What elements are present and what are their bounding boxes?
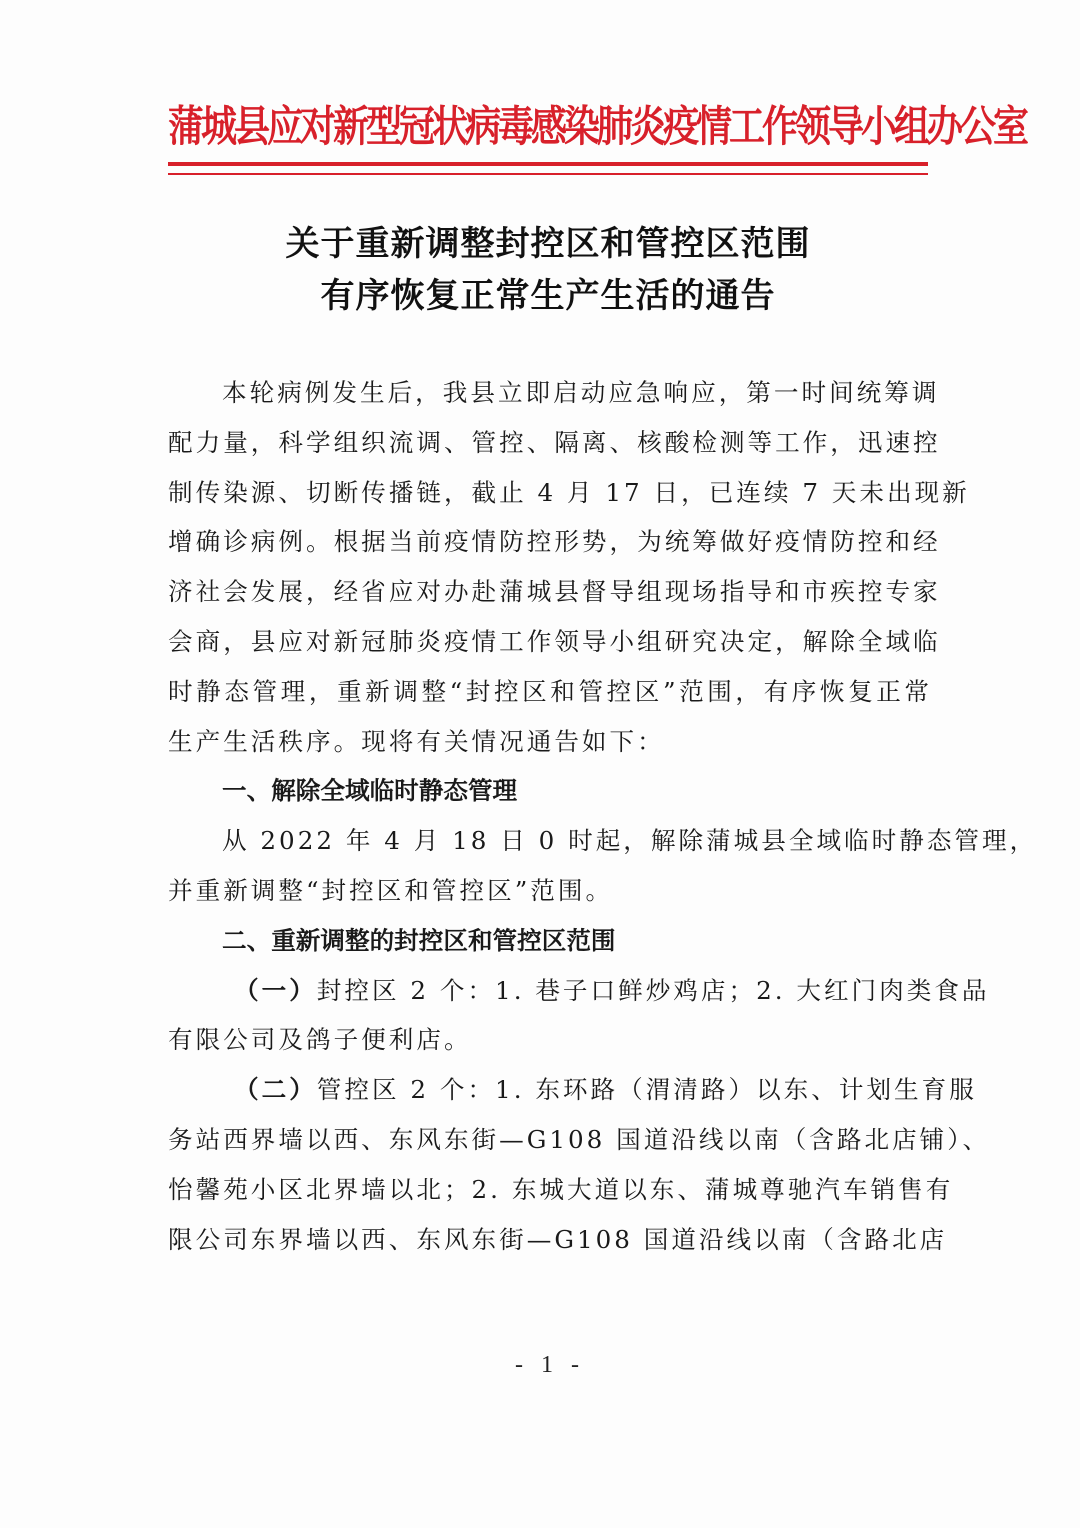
sealed-zone-label: （一） [234, 976, 317, 1005]
section-2-heading: 二、重新调整的封控区和管控区范围 [168, 916, 932, 966]
intro-line: 会商，县应对新冠肺炎疫情工作领导小组研究决定，解除全域临 [168, 617, 932, 667]
document-title-line-1: 关于重新调整封控区和管控区范围 [168, 216, 928, 265]
sealed-zone-line: （一）封控区 2 个：1. 巷子口鲜炒鸡店；2. 大红门肉类食品 [168, 966, 932, 1016]
controlled-zone-line: 怡馨苑小区北界墙以北；2. 东城大道以东、蒲城尊驰汽车销售有 [168, 1165, 932, 1215]
intro-line: 增确诊病例。根据当前疫情防控形势，为统筹做好疫情防控和经 [168, 517, 932, 567]
controlled-zone-text: 管控区 2 个：1. 东环路（渭清路）以东、计划生育服 [317, 1075, 977, 1104]
intro-line: 本轮病例发生后，我县立即启动应急响应，第一时间统筹调 [168, 368, 932, 418]
intro-line: 生产生活秩序。现将有关情况通告如下： [168, 717, 932, 767]
sealed-zone-text: 封控区 2 个：1. 巷子口鲜炒鸡店；2. 大红门肉类食品 [317, 976, 990, 1005]
page-number: - 1 - [440, 1352, 660, 1379]
document-body: 本轮病例发生后，我县立即启动应急响应，第一时间统筹调 配力量，科学组织流调、管控… [168, 368, 932, 1264]
section-1-line: 并重新调整“封控区和管控区”范围。 [168, 866, 932, 916]
intro-line: 济社会发展，经省应对办赴蒲城县督导组现场指导和市疾控专家 [168, 567, 932, 617]
controlled-zone-line: （二）管控区 2 个：1. 东环路（渭清路）以东、计划生育服 [168, 1065, 932, 1115]
controlled-zone-label: （二） [234, 1075, 317, 1104]
controlled-zone-line: 限公司东界墙以西、东风东街—G108 国道沿线以南（含路北店 [168, 1215, 932, 1265]
section-1-line: 从 2022 年 4 月 18 日 0 时起，解除蒲城县全域临时静态管理， [168, 816, 932, 866]
sealed-zone-line: 有限公司及鸽子便利店。 [168, 1015, 932, 1065]
intro-line: 配力量，科学组织流调、管控、隔离、核酸检测等工作，迅速控 [168, 418, 932, 468]
document-page: 蒲城县应对新型冠状病毒感染肺炎疫情工作领导小组办公室 关于重新调整封控区和管控区… [0, 0, 1080, 1528]
red-divider-thin [168, 173, 928, 175]
section-1-heading: 一、解除全域临时静态管理 [168, 766, 932, 816]
intro-line: 时静态管理，重新调整“封控区和管控区”范围，有序恢复正常 [168, 667, 932, 717]
red-divider-thick [168, 162, 928, 166]
intro-line: 制传染源、切断传播链，截止 4 月 17 日，已连续 7 天未出现新 [168, 468, 932, 518]
document-title-line-2: 有序恢复正常生产生活的通告 [168, 268, 928, 317]
issuer-masthead: 蒲城县应对新型冠状病毒感染肺炎疫情工作领导小组办公室 [168, 88, 928, 171]
controlled-zone-line: 务站西界墙以西、东风东街—G108 国道沿线以南（含路北店铺）、 [168, 1115, 932, 1165]
